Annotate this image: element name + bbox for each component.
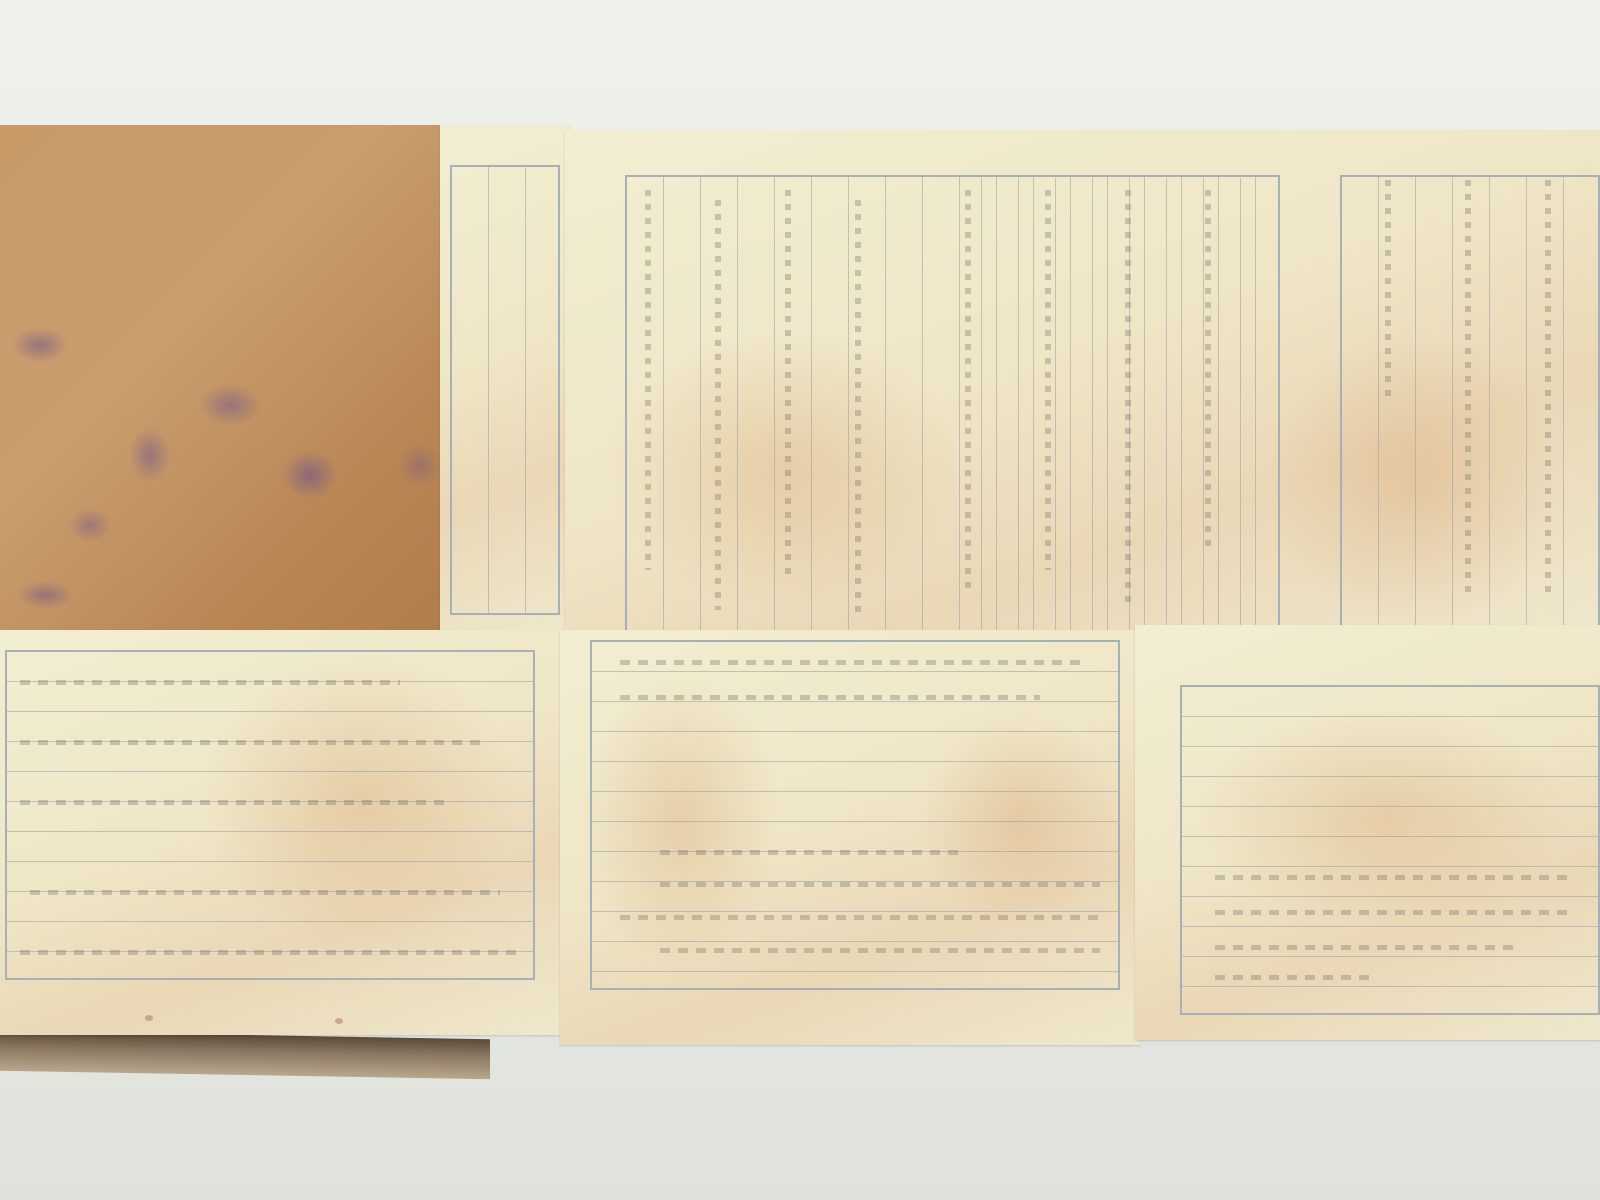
handwriting-column [1125,190,1131,610]
handwriting-column [1045,190,1051,570]
handwriting-line [30,890,500,895]
binding-hole [145,1015,153,1021]
handwriting-column [645,190,651,570]
handwriting-line [20,680,400,685]
brown-cover-sheet [0,125,455,640]
top-handwritten-pages [565,130,1600,635]
handwriting-line [20,800,450,805]
book-binding-edge [0,1031,490,1080]
handwriting-line [20,950,520,955]
handwriting-column [1545,180,1551,600]
handwriting-line [620,660,1080,665]
handwriting-column [1385,180,1391,400]
handwriting-line [1215,875,1575,880]
handwriting-line [660,850,960,855]
ruled-page [1180,685,1600,1015]
handwriting-line [20,740,480,745]
ruled-page [590,640,1120,990]
handwriting-line [1215,945,1515,950]
strip-frame [450,165,560,615]
handwriting-column [715,200,721,610]
bottom-center-page [560,630,1140,1045]
handwriting-line [660,948,1100,953]
ruled-page [5,650,535,980]
handwriting-column [855,200,861,620]
narrow-ruled-strip [440,125,570,635]
bottom-right-page [1135,625,1600,1040]
ruled-page-center [945,178,1275,633]
handwriting-column [965,190,971,590]
handwriting-line [1215,975,1375,980]
handwriting-line [620,695,1040,700]
binding-hole [335,1018,343,1024]
handwriting-line [620,915,1100,920]
handwriting-column [1205,190,1211,550]
handwriting-column [785,190,791,580]
handwriting-line [660,882,1100,887]
bottom-left-page [0,630,560,1035]
handwriting-column [1465,180,1471,600]
handwriting-line [1215,910,1575,915]
